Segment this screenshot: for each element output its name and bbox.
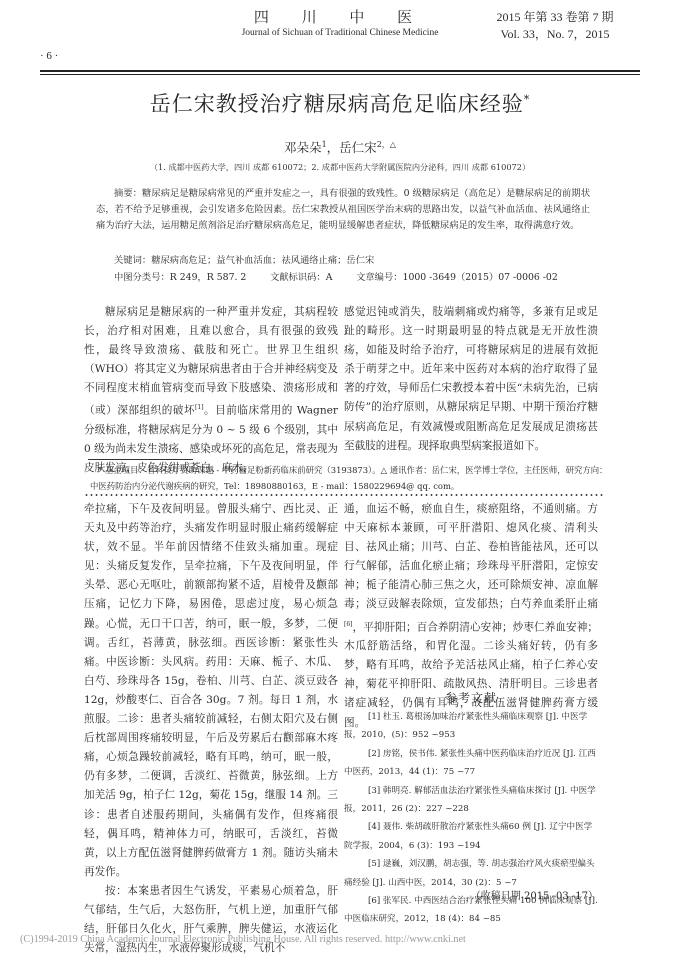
journal-name-en: Journal of Sichuan of Traditional Chines… [190, 28, 490, 38]
reference-item: [4] 聂伟. 柴胡疏肝散治疗紧张性头痛60 例 [J]. 辽宁中医学院学报，2… [344, 818, 598, 855]
issue-cn: 2015 年第 33 卷第 7 期 [470, 8, 640, 25]
article-title: 岳仁宋教授治疗糖尿病高危足临床经验* [0, 88, 680, 118]
reference-item: [3] 韩明亮. 解郁活血法治疗紧张性头痛临床探讨 [J]. 中医学报，2011… [344, 782, 598, 819]
classification-line: 中图分类号：R 249，R 587. 2 文献标识码：A 文章编号：1000 -… [96, 270, 634, 286]
author-separator: ， [327, 140, 340, 155]
title-text: 岳仁宋教授治疗糖尿病高危足临床经验 [150, 92, 524, 116]
header-rule-thin [40, 74, 640, 75]
references-heading: 参考文献 [344, 689, 598, 706]
page-number: · 6 · [40, 50, 58, 62]
page-continuation-divider [84, 494, 604, 496]
issue-info: 2015 年第 33 卷第 7 期 Vol. 33，No. 7，2015 [470, 8, 640, 42]
funding-footnote: * 基金项目：省科技厅资助课题 - 中药糖足粉新药临床前研究（3193873）。… [90, 462, 610, 494]
issue-en: Vol. 33，No. 7，2015 [470, 25, 640, 42]
keywords: 关键词：糖尿病高危足；益气补血活血；祛风通络止痛；岳仁宋 [96, 253, 590, 269]
footnote-rule [88, 459, 193, 460]
author-2-affil: 2，△ [377, 140, 396, 149]
citation-6: [6] [344, 621, 353, 628]
author-2: 岳仁宋 [339, 140, 377, 155]
paragraph-text: 糖尿病足是糖尿病的一种严重并发症，其病程较长，治疗相对困难，且难以愈合，具有很强… [84, 306, 338, 417]
title-footnote-mark: * [524, 93, 531, 106]
reference-item: [2] 房铭，侯书伟. 紧张性头痛中医药临床治疗近况 [J]. 江西中医药，20… [344, 745, 598, 782]
case-description: 牵拉痛，下午及夜间明显。曾服头痛宁、西比灵、正天丸及中药等治疗，头痛发作明显时服… [84, 500, 338, 882]
header-rule-thick [40, 70, 640, 72]
copyright-notice: (C)1994-2019 China Academic Journal Elec… [20, 934, 660, 945]
reference-item: [1] 杜玉. 葛根汤加味治疗紧张性头痛临床观察 [J]. 中医学报，2010，… [344, 708, 598, 745]
citation-1: [1] [195, 404, 204, 411]
paragraph-text: 感觉迟钝或消失，肢端刺痛或灼痛等，多兼有足或足趾的畸形。这一时期最明显的特点就是… [344, 303, 598, 456]
received-date: （收稿日期 2015 -03 -17） [344, 887, 598, 902]
abstract: 摘要：糖尿病足是糖尿病常见的严重并发症之一，具有很强的致残性。0 级糖尿病足（高… [96, 186, 590, 234]
author-1: 邓朵朵 [284, 140, 322, 155]
body-left-top: 糖尿病足是糖尿病的一种严重并发症，其病程较长，治疗相对困难，且难以愈合，具有很强… [84, 303, 338, 478]
affiliations: （1. 成都中医药大学，四川 成都 610072；2. 成都中医药大学附属医院内… [0, 162, 680, 173]
body-left-bottom: 牵拉痛，下午及夜间明显。曾服头痛宁、西比灵、正天丸及中药等治疗，头痛发作明显时服… [84, 500, 338, 958]
case-commentary: 按：本案患者因生气诱发，平素易心烦着急，肝气郁结，生气后，大怒伤肝，气机上逆，加… [84, 882, 338, 958]
paragraph-text: 通，血运不畅，瘀血自生，痰瘀阻络，不通则痛。方中天麻标本兼顾，可平肝潜阳、熄风化… [344, 503, 598, 610]
journal-masthead: 四 川 中 医 Journal of Sichuan of Traditiona… [190, 6, 490, 38]
body-right-top: 感觉迟钝或消失，肢端刺痛或灼痛等，多兼有足或足趾的畸形。这一时期最明显的特点就是… [344, 303, 598, 456]
journal-name-cn: 四 川 中 医 [190, 6, 490, 27]
author-line: 邓朵朵1，岳仁宋2，△ [0, 138, 680, 156]
